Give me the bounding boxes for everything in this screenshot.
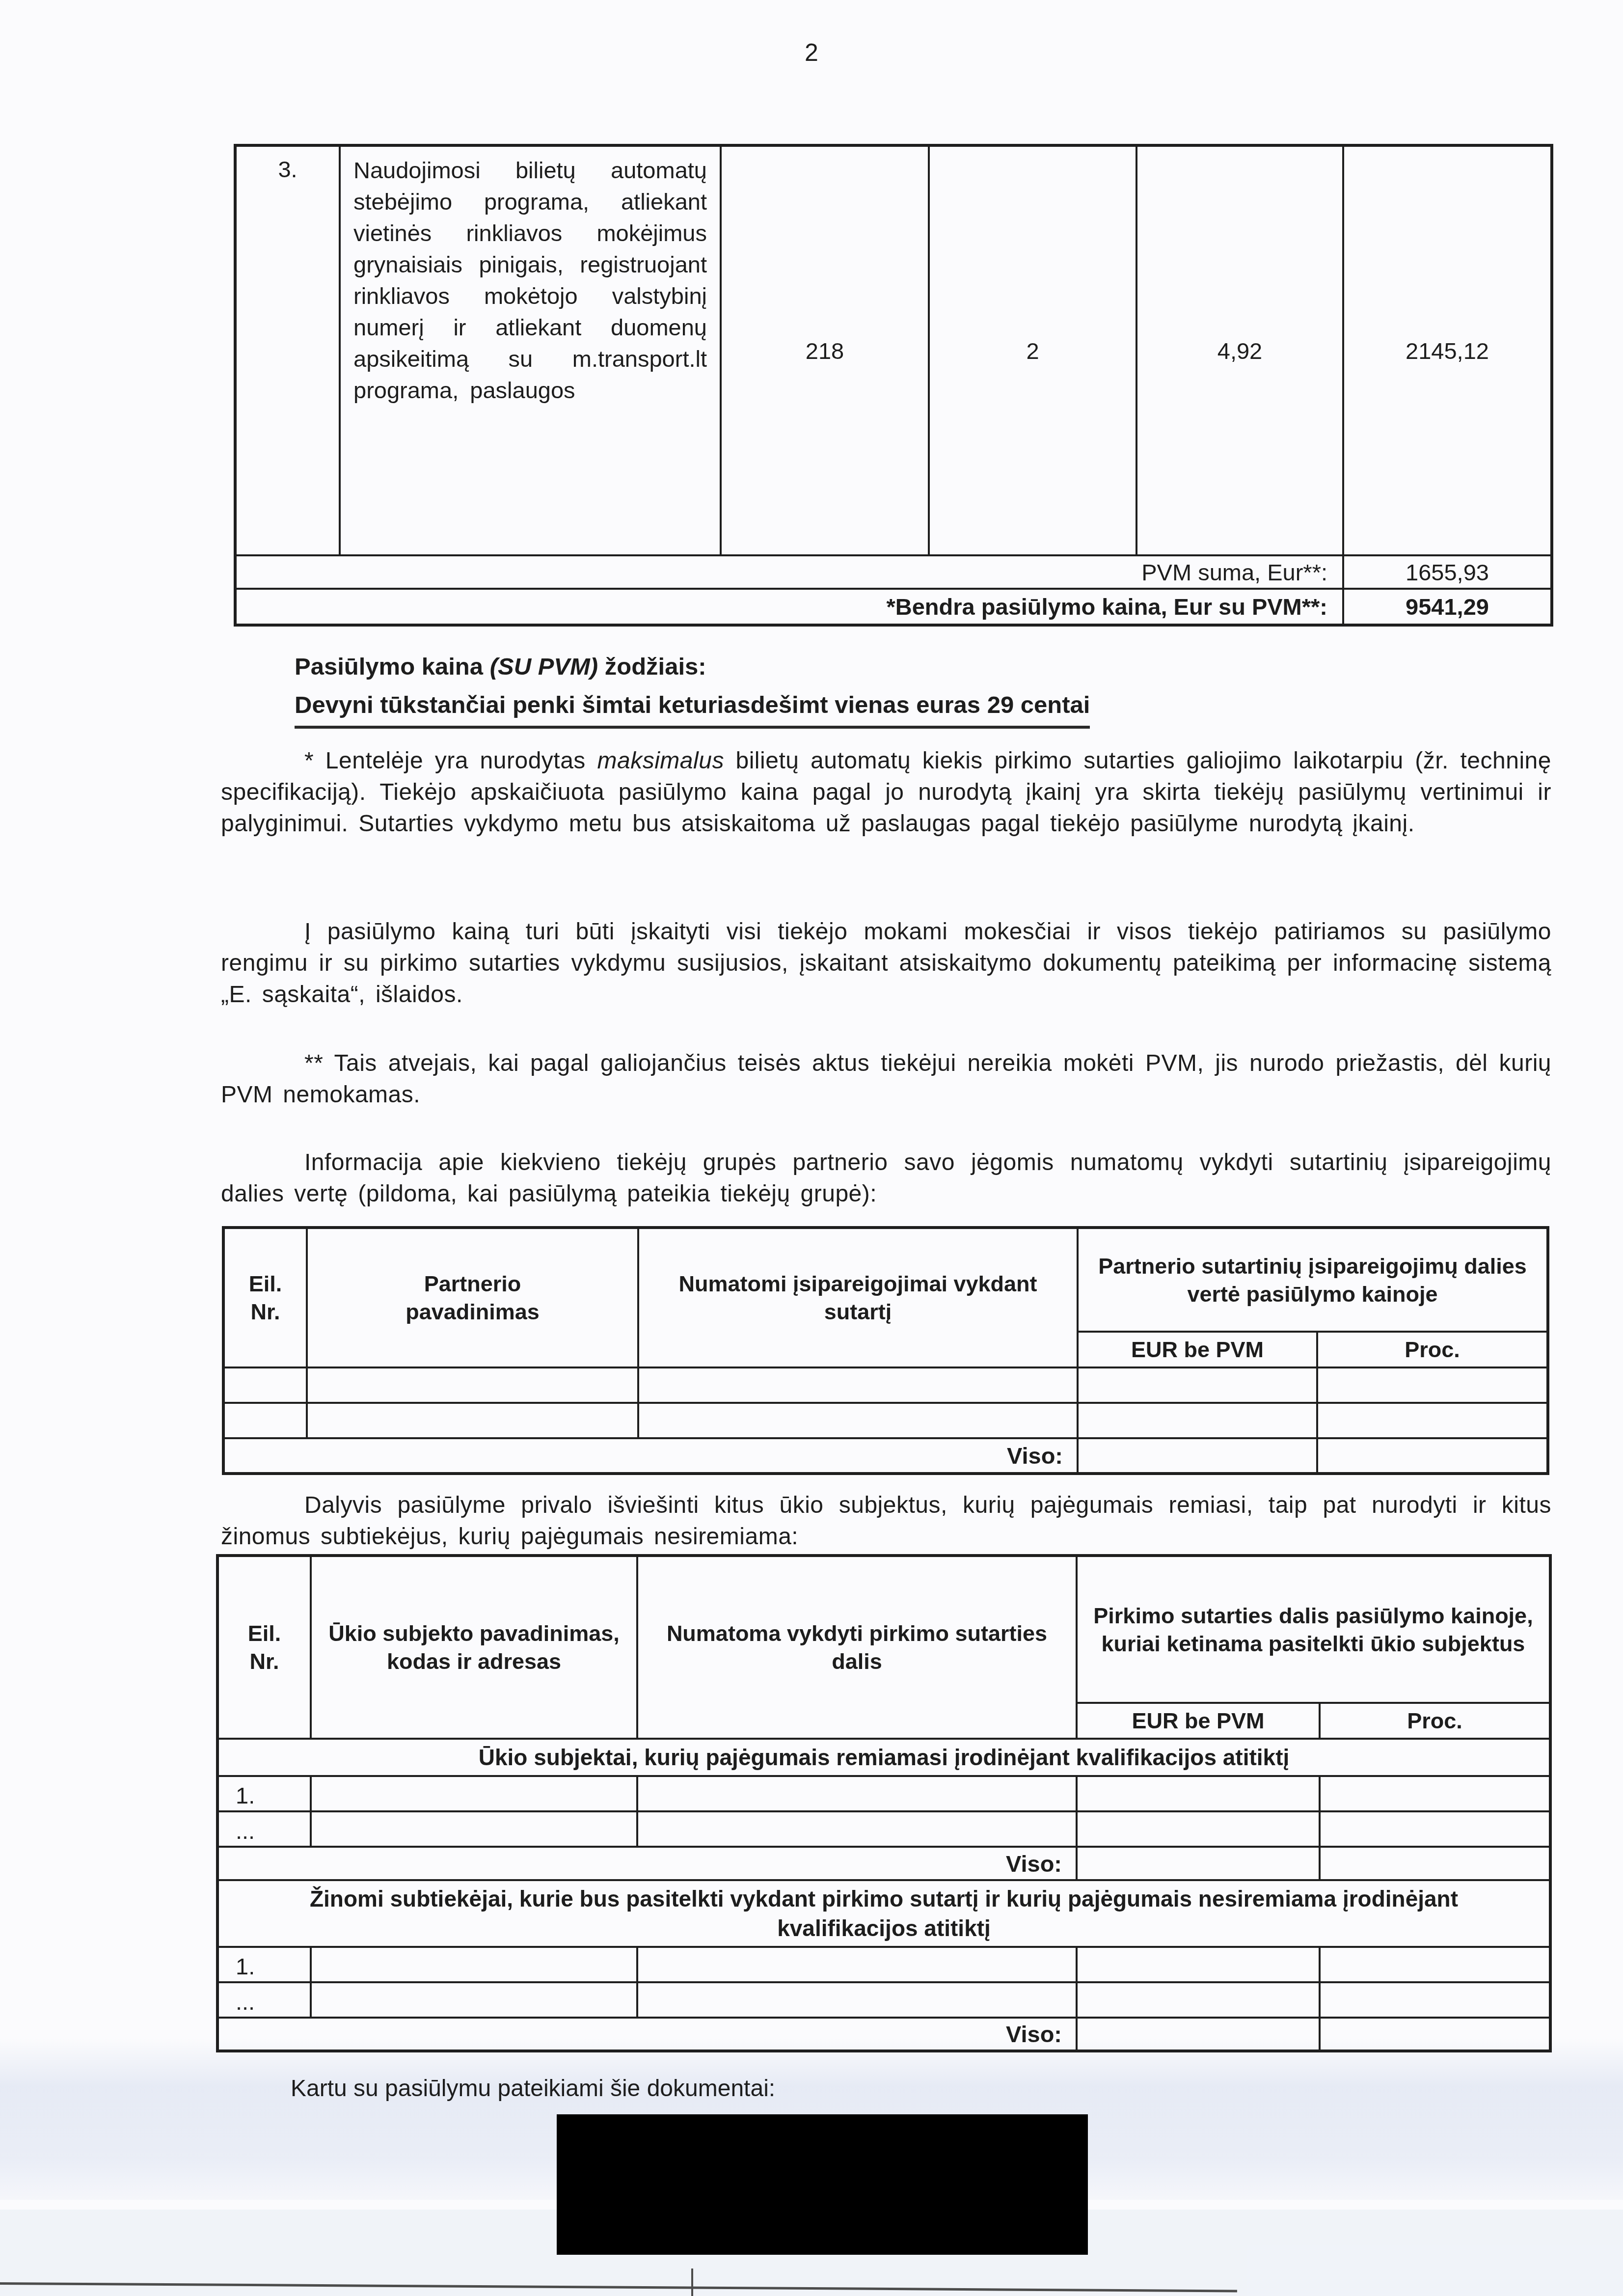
row-number-cell: 1. (217, 1947, 311, 1982)
header-value-group: Pirkimo sutarties dalis pasiūlymo kainoj… (1077, 1556, 1550, 1703)
empty-cell (1320, 1847, 1550, 1880)
empty-cell (1317, 1403, 1548, 1438)
header-proc: Proc. (1317, 1332, 1548, 1367)
page-bottom-table-tick (691, 2269, 693, 2296)
total-price-value: 9541,29 (1343, 589, 1552, 625)
empty-cell (307, 1403, 638, 1438)
partners-total-row: Viso: (223, 1438, 1548, 1474)
subjects-row: ... (217, 1811, 1550, 1847)
empty-cell (311, 1982, 637, 2018)
subjects-section-row: Ūkio subjektai, kurių pajėgumais remiama… (217, 1739, 1550, 1776)
empty-cell (1320, 2018, 1550, 2051)
partners-empty-row (223, 1403, 1548, 1438)
subjects-total-row: Viso: (217, 2018, 1550, 2051)
unit-price-cell: 4,92 (1136, 145, 1343, 555)
header-obligations: Numatomi įsipareigojimai vykdant sutartį (638, 1228, 1078, 1367)
page-bottom-table-edge (0, 2282, 1237, 2292)
header-partner-name: Partnerio pavadinimas (307, 1228, 638, 1367)
page-number: 2 (0, 38, 1623, 67)
empty-cell (637, 1811, 1077, 1847)
amount-cell: 2145,12 (1343, 145, 1552, 555)
documents-intro: Kartu su pasiūlymu pateikiami šie dokume… (291, 2075, 775, 2102)
header-eur-be-pvm: EUR be PVM (1078, 1332, 1317, 1367)
subjects-table: Eil. Nr. Ūkio subjekto pavadinimas, koda… (216, 1554, 1552, 2052)
row-number-cell: ... (217, 1811, 311, 1847)
pvm-sum-row: PVM suma, Eur**: 1655,93 (235, 555, 1552, 589)
price-in-words-label-pre: Pasiūlymo kaina (295, 654, 490, 680)
subjects-row: 1. (217, 1947, 1550, 1982)
empty-cell (1320, 1982, 1550, 2018)
header-contract-part: Numatoma vykdyti pirkimo sutarties dalis (637, 1556, 1077, 1739)
empty-cell (637, 1947, 1077, 1982)
quantity-cell: 218 (721, 145, 929, 555)
row-number-cell: 3. (235, 145, 340, 555)
empty-cell (1320, 1776, 1550, 1811)
empty-cell (1077, 2018, 1320, 2051)
empty-cell (637, 1776, 1077, 1811)
empty-cell (1078, 1367, 1317, 1403)
subjects-header-row: Eil. Nr. Ūkio subjekto pavadinimas, koda… (217, 1556, 1550, 1703)
note-asterisk: * Lentelėje yra nurodytas maksimalus bil… (221, 745, 1551, 840)
row-number-cell: ... (217, 1982, 311, 2018)
empty-cell (311, 1947, 637, 1982)
empty-cell (1077, 1847, 1320, 1880)
empty-cell (1317, 1438, 1548, 1474)
header-eur-be-pvm: EUR be PVM (1077, 1703, 1320, 1739)
section1-title: Ūkio subjektai, kurių pajėgumais remiama… (217, 1739, 1550, 1776)
total-price-row: *Bendra pasiūlymo kaina, Eur su PVM**: 9… (235, 589, 1552, 625)
partners-table: Eil. Nr. Partnerio pavadinimas Numatomi … (222, 1226, 1549, 1475)
price-in-words-label: Pasiūlymo kaina (SU PVM) žodžiais: (295, 653, 706, 681)
empty-cell (637, 1982, 1077, 2018)
subjects-intro: Dalyvis pasiūlyme privalo išviešinti kit… (221, 1490, 1551, 1553)
empty-cell (311, 1811, 637, 1847)
section2-title: Žinomi subtiekėjai, kurie bus pasitelkti… (217, 1880, 1550, 1947)
pvm-sum-value: 1655,93 (1343, 555, 1552, 589)
partners-empty-row (223, 1367, 1548, 1403)
empty-cell (1077, 1982, 1320, 2018)
note-double-asterisk: ** Tais atvejais, kai pagal galiojančius… (221, 1048, 1551, 1111)
header-eil-nr: Eil. Nr. (217, 1556, 311, 1739)
document-page: 2 3. Naudojimosi bilietų automatų stebėj… (0, 0, 1623, 2296)
empty-cell (1077, 1947, 1320, 1982)
empty-cell (1320, 1947, 1550, 1982)
pvm-sum-label: PVM suma, Eur**: (235, 555, 1343, 589)
price-in-words-label-vat: (SU PVM) (490, 654, 598, 680)
empty-cell (638, 1403, 1078, 1438)
price-in-words-label-post: žodžiais: (598, 654, 706, 680)
price-in-words-value: Devyni tūkstančiai penki šimtai keturias… (295, 691, 1090, 729)
empty-cell (311, 1776, 637, 1811)
empty-cell (223, 1367, 307, 1403)
redaction-box (557, 2114, 1088, 2255)
empty-cell (307, 1367, 638, 1403)
subjects-total-row: Viso: (217, 1847, 1550, 1880)
empty-cell (1320, 1811, 1550, 1847)
note-asterisk-italic: maksimalus (597, 748, 724, 774)
empty-cell (1317, 1367, 1548, 1403)
partners-header-row: Eil. Nr. Partnerio pavadinimas Numatomi … (223, 1228, 1548, 1332)
note-asterisk-pre: * Lentelėje yra nurodytas (304, 748, 597, 774)
subjects-section-row: Žinomi subtiekėjai, kurie bus pasitelkti… (217, 1880, 1550, 1947)
empty-cell (223, 1403, 307, 1438)
header-subject-name: Ūkio subjekto pavadinimas, kodas ir adre… (311, 1556, 637, 1739)
viso-label: Viso: (223, 1438, 1078, 1474)
units-cell: 2 (929, 145, 1136, 555)
header-value-group: Partnerio sutartinių įsipareigojimų dali… (1078, 1228, 1548, 1332)
note-vat-included: Į pasiūlymo kainą turi būti įskaityti vi… (221, 916, 1551, 1011)
empty-cell (1077, 1776, 1320, 1811)
empty-cell (1077, 1811, 1320, 1847)
total-price-label: *Bendra pasiūlymo kaina, Eur su PVM**: (235, 589, 1343, 625)
subjects-row: 1. (217, 1776, 1550, 1811)
pricing-table: 3. Naudojimosi bilietų automatų stebėjim… (234, 144, 1553, 627)
row-number-cell: 1. (217, 1776, 311, 1811)
empty-cell (1078, 1438, 1317, 1474)
header-proc: Proc. (1320, 1703, 1550, 1739)
viso-label: Viso: (217, 2018, 1077, 2051)
viso-label: Viso: (217, 1847, 1077, 1880)
empty-cell (1078, 1403, 1317, 1438)
partners-intro: Informacija apie kiekvieno tiekėjų grupė… (221, 1147, 1551, 1210)
pricing-table-row: 3. Naudojimosi bilietų automatų stebėjim… (235, 145, 1552, 555)
service-description-cell: Naudojimosi bilietų automatų stebėjimo p… (340, 145, 721, 555)
header-eil-nr: Eil. Nr. (223, 1228, 307, 1367)
empty-cell (638, 1367, 1078, 1403)
subjects-row: ... (217, 1982, 1550, 2018)
